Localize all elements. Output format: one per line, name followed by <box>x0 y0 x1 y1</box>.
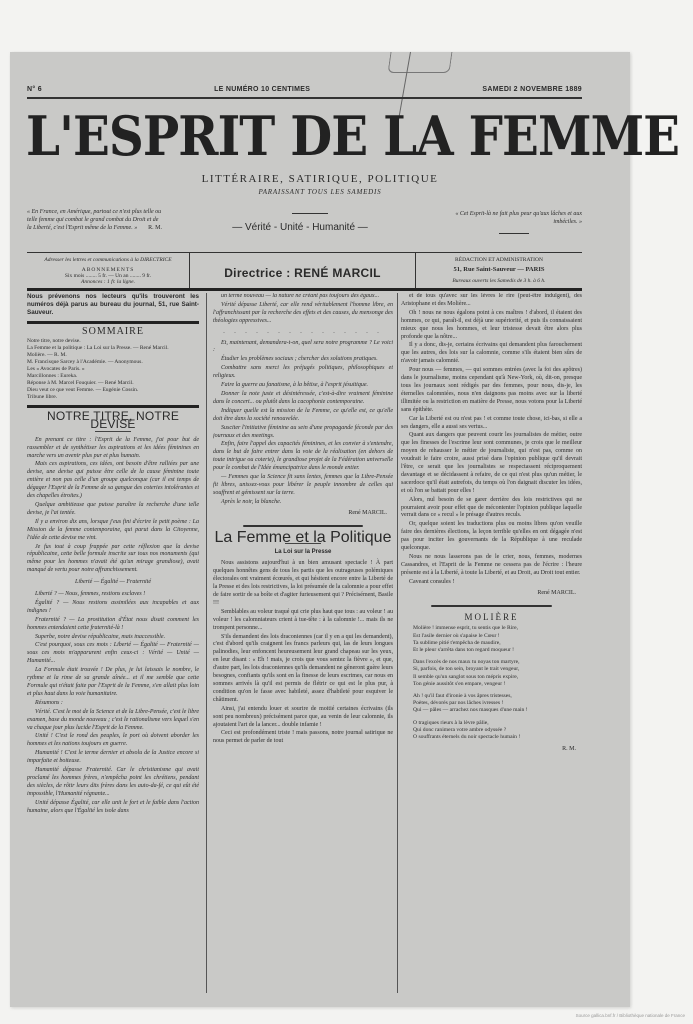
paragraph: Il y a donc, dis-je, certains écrivains … <box>401 342 582 366</box>
signature: René MARCIL. <box>401 590 576 598</box>
sommaire-item: Tribune libre. <box>27 394 199 401</box>
sommaire-item: La Femme et la politique : La Loi sur la… <box>27 345 199 352</box>
header-thick-rule <box>27 288 582 291</box>
epigraph-signature: R. M. <box>148 224 162 232</box>
paragraph: Enfin, faire l'appel des capacités fémin… <box>213 441 393 473</box>
issue-line: N° 6 LE NUMÉRO 10 CENTIMES SAMEDI 2 NOVE… <box>27 86 582 93</box>
poem-title: MOLIÈRE <box>401 614 582 622</box>
ornament <box>243 523 363 529</box>
paragraph: Car la Liberté est ou n'est pas ! et com… <box>401 416 582 432</box>
table-of-contents: Notre titre, notre devise.La Femme et la… <box>27 338 199 401</box>
subscription-info: Adresser les lettres et communications à… <box>27 253 190 288</box>
paragraph: Vérité. C'est le mot de la Science et de… <box>27 709 199 733</box>
info-box: Adresser les lettres et communications à… <box>27 252 582 288</box>
paragraph: Et, maintenant, demandera-t-on, quel ser… <box>213 340 393 356</box>
office-hours: Bureaux ouverts les Samedis de 3 h. à 6 … <box>416 278 582 284</box>
poem-stanza: Molière ! immense esprit, tu sentis que … <box>413 625 582 654</box>
paragraph: Ceci est profondément triste ! mais pass… <box>213 730 393 746</box>
article-title: La Femme et la Politique <box>213 534 393 542</box>
paragraph: Quant aux dangers que peuvent courir les… <box>401 432 582 495</box>
poem-stanza: O tragiques rieurs à la lèvre pâlie,Qui … <box>413 720 582 742</box>
paragraph: Étudier les problèmes sociaux ; chercher… <box>213 356 393 364</box>
sommaire-item: Dieu veut ce que veut Femme. — Eugénie C… <box>27 387 199 394</box>
poem-stanza: Dans l'excès de nos maux tu noyas ton ma… <box>413 659 582 688</box>
paragraph: Oh ! nous ne nous égalons point à ces ma… <box>401 310 582 342</box>
dot-separator: . . . . . . . . . . . . . . . <box>213 329 393 337</box>
column-1: Nous prévenons nos lecteurs qu'ils trouv… <box>27 293 199 993</box>
paragraph: En prenant ce titre : l'Esprit de la Fem… <box>27 437 199 461</box>
paragraph: Mais ces aspirations, ces idées, ont bes… <box>27 461 199 501</box>
article-title: NOTRE TITRE, NOTRE DEVISE <box>27 413 199 429</box>
paragraph: Caveant consules ! <box>401 579 582 587</box>
admin-info: RÉDACTION ET ADMINISTRATION 51, Rue Sain… <box>416 253 582 288</box>
paragraph: Unité dépasse Égalité, car elle unit le … <box>27 800 199 816</box>
paragraph: — Femmes que la Science fit sans lentes,… <box>213 474 393 498</box>
divider <box>499 233 529 234</box>
paragraph: Faire la guerre au fanatisme, à la bêtis… <box>213 382 393 390</box>
issue-date: SAMEDI 2 NOVEMBRE 1889 <box>482 86 582 93</box>
reader-notice: Nous prévenons nos lecteurs qu'ils trouv… <box>27 293 199 317</box>
paragraph: Semblables au voleur traqué qui crie plu… <box>213 609 393 633</box>
paragraph: et de tous qu'avec sur les lèvres le rir… <box>401 293 582 309</box>
paragraph: Pour nous — femmes, — qui sommes entrées… <box>401 367 582 414</box>
paragraph: Nous ne nous lasserons pas de le crier, … <box>401 554 582 578</box>
paragraph: La Formule était trouvée ! De plus, je l… <box>27 667 199 699</box>
paragraph: Égalité ? — Nous restions assimilées aux… <box>27 600 199 616</box>
divider <box>27 405 199 408</box>
paragraph: un terme nouveau — la nature ne créant p… <box>213 293 393 301</box>
motto: — Vérité - Unité - Humanité — <box>200 222 400 233</box>
paragraph: Ainsi, j'ai entendu louer et sourire de … <box>213 706 393 730</box>
sommaire-title: SOMMAIRE <box>27 328 199 336</box>
sommaire-item: Molière. — R. M. <box>27 352 199 359</box>
epigraph-left: « En France, en Amérique, partout ce n'e… <box>27 208 162 232</box>
republican-triad: Liberté — Égalité — Fraternité <box>27 579 199 587</box>
paragraph: Résumons : <box>27 700 199 708</box>
column-rule <box>206 293 207 993</box>
paragraph: Donner la note juste et désintéressée, c… <box>213 391 393 407</box>
sommaire-item: Notre titre, notre devise. <box>27 338 199 345</box>
sommaire-item: Marcillonnes : Eureka. <box>27 373 199 380</box>
column-rule <box>397 293 398 993</box>
paragraph: Liberté ? — Nous, femmes, restions escla… <box>27 591 199 599</box>
director-box: Directrice : RENÉ MARCIL <box>190 253 416 288</box>
sommaire-item: M. Francisque Sarcey à l'Académie. — Ano… <box>27 359 199 366</box>
column-2: un terme nouveau — la nature ne créant p… <box>213 293 393 993</box>
admin-title: RÉDACTION ET ADMINISTRATION <box>416 257 582 263</box>
divider <box>27 321 199 324</box>
divider <box>95 431 131 432</box>
article-body: En prenant ce titre : l'Esprit de la Fem… <box>27 437 199 575</box>
paragraph: Unité ! C'est le rond des peuples, le po… <box>27 733 199 749</box>
ad-rates: Annonces : 1 fr. la ligne. <box>27 279 189 285</box>
issue-price: LE NUMÉRO 10 CENTIMES <box>214 86 310 93</box>
sommaire-item: Réponse à M. Marcel Fouquier. — René Mar… <box>27 380 199 387</box>
address-note: Adresser les lettres et communications à… <box>27 257 189 263</box>
paragraph: S'ils demandent des lois draconiennes (c… <box>213 634 393 705</box>
sommaire-item: Les « Avocates de Paris. » <box>27 366 199 373</box>
masthead-title: L'ESPRIT DE LA FEMME <box>26 108 543 167</box>
masthead-subtitle: LITTÉRAIRE, SATIRIQUE, POLITIQUE <box>10 173 630 185</box>
issue-number: N° 6 <box>27 86 42 93</box>
poem: Molière ! immense esprit, tu sentis que … <box>401 625 582 741</box>
paragraph: Susciter l'initiative féminine au sein d… <box>213 425 393 441</box>
article-body: Et, maintenant, demandera-t-on, quel ser… <box>213 340 393 507</box>
paragraph: Humanité ! C'est le terme dernier et abs… <box>27 750 199 766</box>
paragraph: Indiquer quelle est la mission de la Fem… <box>213 408 393 424</box>
publication-frequency: PARAISSANT TOUS LES SAMEDIS <box>10 188 630 196</box>
paragraph: Je fus tout à coup frappée par cette réf… <box>27 544 199 576</box>
source-credit: Source gallica.bnf.fr / Bibliothèque nat… <box>576 1013 685 1018</box>
poem-signature: R. M. <box>401 746 576 754</box>
paragraph: Nous assistons aujourd'hui à un bien amu… <box>213 560 393 607</box>
paragraph: Vérité dépasse Liberté, car elle rend vé… <box>213 302 393 326</box>
paragraph: Humanité dépasse Fraternité. Car le chri… <box>27 767 199 799</box>
article-body: et de tous qu'avec sur les lèvres le rir… <box>401 293 582 587</box>
column-3: et de tous qu'avec sur les lèvres le rir… <box>401 293 582 993</box>
article-body: Nous assistons aujourd'hui à un bien amu… <box>213 560 393 746</box>
admin-address: 51, Rue Saint-Sauveur — PARIS <box>416 266 582 273</box>
paragraph: Superbe, notre devise républicaine, mais… <box>27 634 199 642</box>
library-stamp <box>388 52 453 73</box>
header-rule <box>27 97 582 99</box>
paragraph: Alors, nul besoin de se garer derrière d… <box>401 497 582 521</box>
signature: René MARCIL. <box>213 510 387 518</box>
ornament <box>431 603 552 609</box>
paragraph: C'est pourquoi, sous ces mots : Liberté … <box>27 642 199 666</box>
paragraph: Quelque ambitieuse que puisse paraître l… <box>27 502 199 518</box>
epigraph-right: « Cet Esprit-là ne fait plus peur qu'aux… <box>445 210 582 226</box>
paragraph: Combattre sans merci les préjugés politi… <box>213 365 393 381</box>
paragraph: Or, quelque soient les traductions plus … <box>401 521 582 553</box>
divider <box>292 213 328 214</box>
paragraph: Fraternité ? — La prostitution d'État no… <box>27 617 199 633</box>
poem-stanza: Ah ! qu'il faut d'ironie à vos âpres tri… <box>413 693 582 715</box>
paragraph: Après le noir, la blanche. <box>213 499 393 507</box>
article-subhead: La Loi sur la Presse <box>213 549 393 557</box>
article-body: un terme nouveau — la nature ne créant p… <box>213 293 393 326</box>
article-body: Liberté ? — Nous, femmes, restions escla… <box>27 591 199 815</box>
paragraph: Il y a environ dix ans, lorsque j'eus fi… <box>27 519 199 543</box>
director-name: Directrice : RENÉ MARCIL <box>224 266 381 280</box>
